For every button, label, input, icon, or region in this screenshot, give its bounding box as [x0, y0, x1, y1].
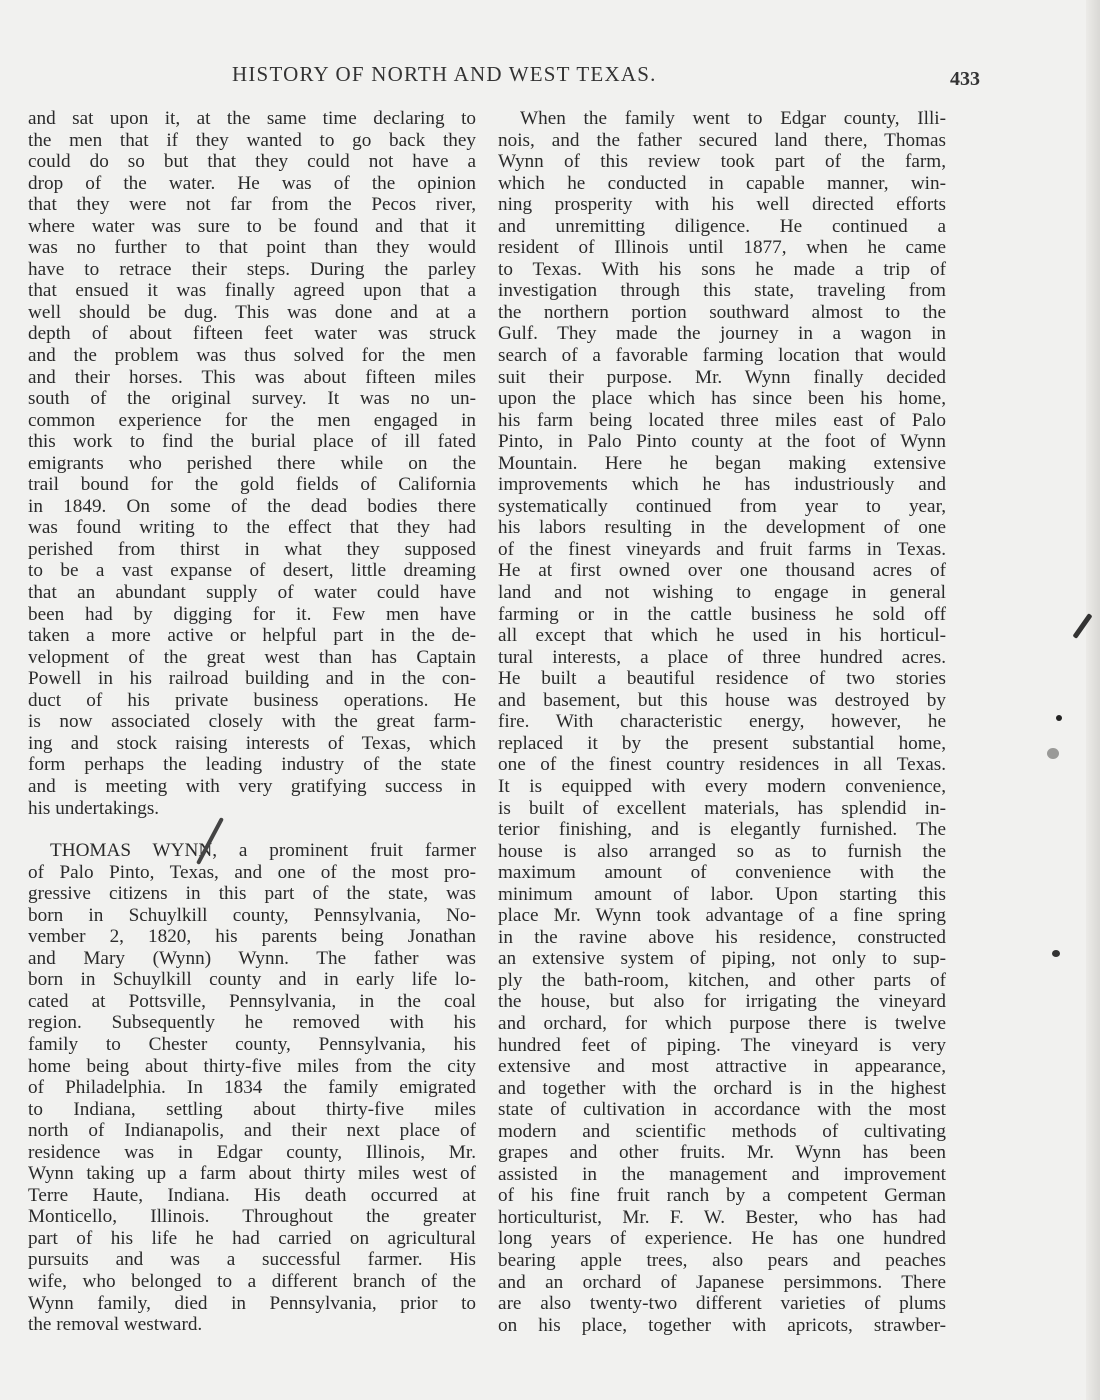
text-line: bearing apple trees, also pears and peac…	[498, 1250, 946, 1272]
text-line: horticulturist, Mr. F. W. Bester, who ha…	[498, 1207, 946, 1229]
text-line: Terre Haute, Indiana. His death occurred…	[28, 1185, 476, 1207]
text-line: He built a beautiful residence of two st…	[498, 668, 946, 690]
text-line: and Mary (Wynn) Wynn. The father was	[28, 948, 476, 970]
text-line: Monticello, Illinois. Throughout the gre…	[28, 1206, 476, 1228]
text-line: Gulf. They made the journey in a wagon i…	[498, 323, 946, 345]
text-line: have to retrace their steps. During the …	[28, 259, 476, 281]
text-line: and orchard, for which purpose there is …	[498, 1013, 946, 1035]
text-line: fire. With characteristic energy, howeve…	[498, 711, 946, 733]
text-line: where water was sure to be found and tha…	[28, 216, 476, 238]
text-line: long years of experience. He has one hun…	[498, 1228, 946, 1250]
text-line: resident of Illinois until 1877, when he…	[498, 237, 946, 259]
text-line: land and not wishing to engage in genera…	[498, 582, 946, 604]
text-line: Mountain. Here he began making extensive	[498, 453, 946, 475]
text-line: ply the bath-room, kitchen, and other pa…	[498, 970, 946, 992]
text-line: to Texas. With his sons he made a trip o…	[498, 259, 946, 281]
paragraph-gap	[28, 819, 476, 840]
text-line: nois, and the father secured land there,…	[498, 130, 946, 152]
text-line: on his place, together with apricots, st…	[498, 1315, 946, 1337]
text-line: of his fine fruit ranch by a competent G…	[498, 1185, 946, 1207]
text-line: home being about thirty-five miles from …	[28, 1056, 476, 1078]
text-line: He at first owned over one thousand acre…	[498, 560, 946, 582]
text-line: and together with the orchard is in the …	[498, 1078, 946, 1100]
page-edge-shadow	[1086, 0, 1100, 1400]
text-line: his labors resulting in the development …	[498, 517, 946, 539]
text-line: and sat upon it, at the same time declar…	[28, 108, 476, 130]
text-line: that ensued it was finally agreed upon t…	[28, 280, 476, 302]
text-line: an extensive system of piping, not only …	[498, 948, 946, 970]
text-line: to be a vast expanse of desert, little d…	[28, 560, 476, 582]
text-line: cated at Pottsville, Pennsylvania, in th…	[28, 991, 476, 1013]
text-line: hundred feet of piping. The vineyard is …	[498, 1035, 946, 1057]
text-line: wife, who belonged to a different branch…	[28, 1271, 476, 1293]
text-line: of Philadelphia. In 1834 the family emig…	[28, 1077, 476, 1099]
text-line: upon the place which has since been his …	[498, 388, 946, 410]
text-line: search of a favorable farming location t…	[498, 345, 946, 367]
page-header: HISTORY OF NORTH AND WEST TEXAS. 433	[0, 58, 1100, 92]
paragraph-thomas-wynn-intro: THOMAS WYNN, a prominent fruit farmerof …	[28, 840, 476, 1336]
text-line: and their horses. This was about fifteen…	[28, 367, 476, 389]
text-line: in 1849. On some of the dead bodies ther…	[28, 496, 476, 518]
running-title: HISTORY OF NORTH AND WEST TEXAS.	[232, 62, 657, 87]
paragraph-wynn-texas: When the family went to Edgar county, Il…	[498, 108, 946, 1336]
text-line: systematically continued from year to ye…	[498, 496, 946, 518]
text-line: part of his life he had carried on agric…	[28, 1228, 476, 1250]
text-line: form perhaps the leading industry of the…	[28, 754, 476, 776]
text-line: velopment of the great west than has Cap…	[28, 647, 476, 669]
text-line: tural interests, a place of three hundre…	[498, 647, 946, 669]
text-line: all except that which he used in his hor…	[498, 625, 946, 647]
text-line: the men that if they wanted to go back t…	[28, 130, 476, 152]
text-line: and basement, but this house was destroy…	[498, 690, 946, 712]
ink-spot	[1052, 950, 1060, 957]
text-line: extensive and most attractive in appeara…	[498, 1056, 946, 1078]
text-line: It is equipped with every modern conveni…	[498, 776, 946, 798]
text-line: was found writing to the effect that the…	[28, 517, 476, 539]
text-line: gressive citizens in this part of the st…	[28, 883, 476, 905]
text-line: improvements which he has industriously …	[498, 474, 946, 496]
text-line: minimum amount of labor. Upon starting t…	[498, 884, 946, 906]
text-line: and the problem was thus solved for the …	[28, 345, 476, 367]
text-line: his undertakings.	[28, 798, 476, 820]
text-line: THOMAS WYNN, a prominent fruit farmer	[28, 840, 476, 862]
text-line: that they were not far from the Pecos ri…	[28, 194, 476, 216]
text-line: emigrants who perished there while on th…	[28, 453, 476, 475]
right-column: When the family went to Edgar county, Il…	[498, 108, 946, 1336]
text-line: born in Schuylkill county and in early l…	[28, 969, 476, 991]
stain-spot	[1047, 748, 1059, 759]
text-line: of the finest vineyards and fruit farms …	[498, 539, 946, 561]
text-line: is built of excellent materials, has spl…	[498, 798, 946, 820]
text-line: replaced it by the present substantial h…	[498, 733, 946, 755]
text-line: family to Chester county, Pennsylvania, …	[28, 1034, 476, 1056]
text-line: Wynn of this review took part of the far…	[498, 151, 946, 173]
text-line: When the family went to Edgar county, Il…	[498, 108, 946, 130]
left-column: and sat upon it, at the same time declar…	[28, 108, 476, 1336]
text-line: suit their purpose. Mr. Wynn finally dec…	[498, 367, 946, 389]
text-line: is now associated closely with the great…	[28, 711, 476, 733]
text-line: house is also arranged so as to furnish …	[498, 841, 946, 863]
text-line: the northern portion southward almost to…	[498, 302, 946, 324]
text-line: are also twenty-two different varieties …	[498, 1293, 946, 1315]
text-line: ning prosperity with his well directed e…	[498, 194, 946, 216]
text-line: been had by digging for it. Few men have	[28, 604, 476, 626]
text-line: north of Indianapolis, and their next pl…	[28, 1120, 476, 1142]
text-line: that an abundant supply of water could h…	[28, 582, 476, 604]
text-line: residence was in Edgar county, Illinois,…	[28, 1142, 476, 1164]
text-line: terior finishing, and is elegantly furni…	[498, 819, 946, 841]
text-line: of Palo Pinto, Texas, and one of the mos…	[28, 862, 476, 884]
text-line: taken a more active or helpful part in t…	[28, 625, 476, 647]
text-line: investigation through this state, travel…	[498, 280, 946, 302]
text-line: Pinto, in Palo Pinto county at the foot …	[498, 431, 946, 453]
text-line: the house, but also for irrigating the v…	[498, 991, 946, 1013]
text-line: drop of the water. He was of the opinion	[28, 173, 476, 195]
text-line: state of cultivation in accordance with …	[498, 1099, 946, 1121]
text-line: the removal westward.	[28, 1314, 476, 1336]
text-line: grapes and other fruits. Mr. Wynn has be…	[498, 1142, 946, 1164]
text-line: one of the finest country residences in …	[498, 754, 946, 776]
text-line: pursuits and was a successful farmer. Hi…	[28, 1249, 476, 1271]
text-line: trail bound for the gold fields of Calif…	[28, 474, 476, 496]
text-line: common experience for the men engaged in	[28, 410, 476, 432]
text-line: which he conducted in capable manner, wi…	[498, 173, 946, 195]
text-line: in the ravine above his residence, const…	[498, 927, 946, 949]
text-line: and an orchard of Japanese persimmons. T…	[498, 1272, 946, 1294]
text-line: could do so but that they could not have…	[28, 151, 476, 173]
text-line: depth of about fifteen feet water was st…	[28, 323, 476, 345]
text-line: his farm being located three miles east …	[498, 410, 946, 432]
text-line: well should be dug. This was done and at…	[28, 302, 476, 324]
text-line: was no further to that point than they w…	[28, 237, 476, 259]
text-line: south of the original survey. It was no …	[28, 388, 476, 410]
text-line: farming or in the cattle business he sol…	[498, 604, 946, 626]
text-line: place Mr. Wynn took advantage of a fine …	[498, 905, 946, 927]
text-line: ing and stock raising interests of Texas…	[28, 733, 476, 755]
text-line: duct of his private business operations.…	[28, 690, 476, 712]
text-line: and is meeting with very gratifying succ…	[28, 776, 476, 798]
text-line: to Indiana, settling about thirty-five m…	[28, 1099, 476, 1121]
text-line: perished from thirst in what they suppos…	[28, 539, 476, 561]
text-line: and unremitting diligence. He continued …	[498, 216, 946, 238]
text-line: vember 2, 1820, his parents being Jonath…	[28, 926, 476, 948]
text-line: born in Schuylkill county, Pennsylvania,…	[28, 905, 476, 927]
text-line: this work to find the burial place of il…	[28, 431, 476, 453]
paragraph-powell-conclusion: and sat upon it, at the same time declar…	[28, 108, 476, 819]
text-line: Wynn taking up a farm about thirty miles…	[28, 1163, 476, 1185]
text-line: Powell in his railroad building and in t…	[28, 668, 476, 690]
text-line: maximum amount of convenience with the	[498, 862, 946, 884]
text-line: region. Subsequently he removed with his	[28, 1012, 476, 1034]
ink-spot	[1056, 715, 1062, 721]
text-line: assisted in the management and improveme…	[498, 1164, 946, 1186]
page-number: 433	[950, 68, 980, 91]
text-line: Wynn family, died in Pennsylvania, prior…	[28, 1293, 476, 1315]
text-line: modern and scientific methods of cultiva…	[498, 1121, 946, 1143]
